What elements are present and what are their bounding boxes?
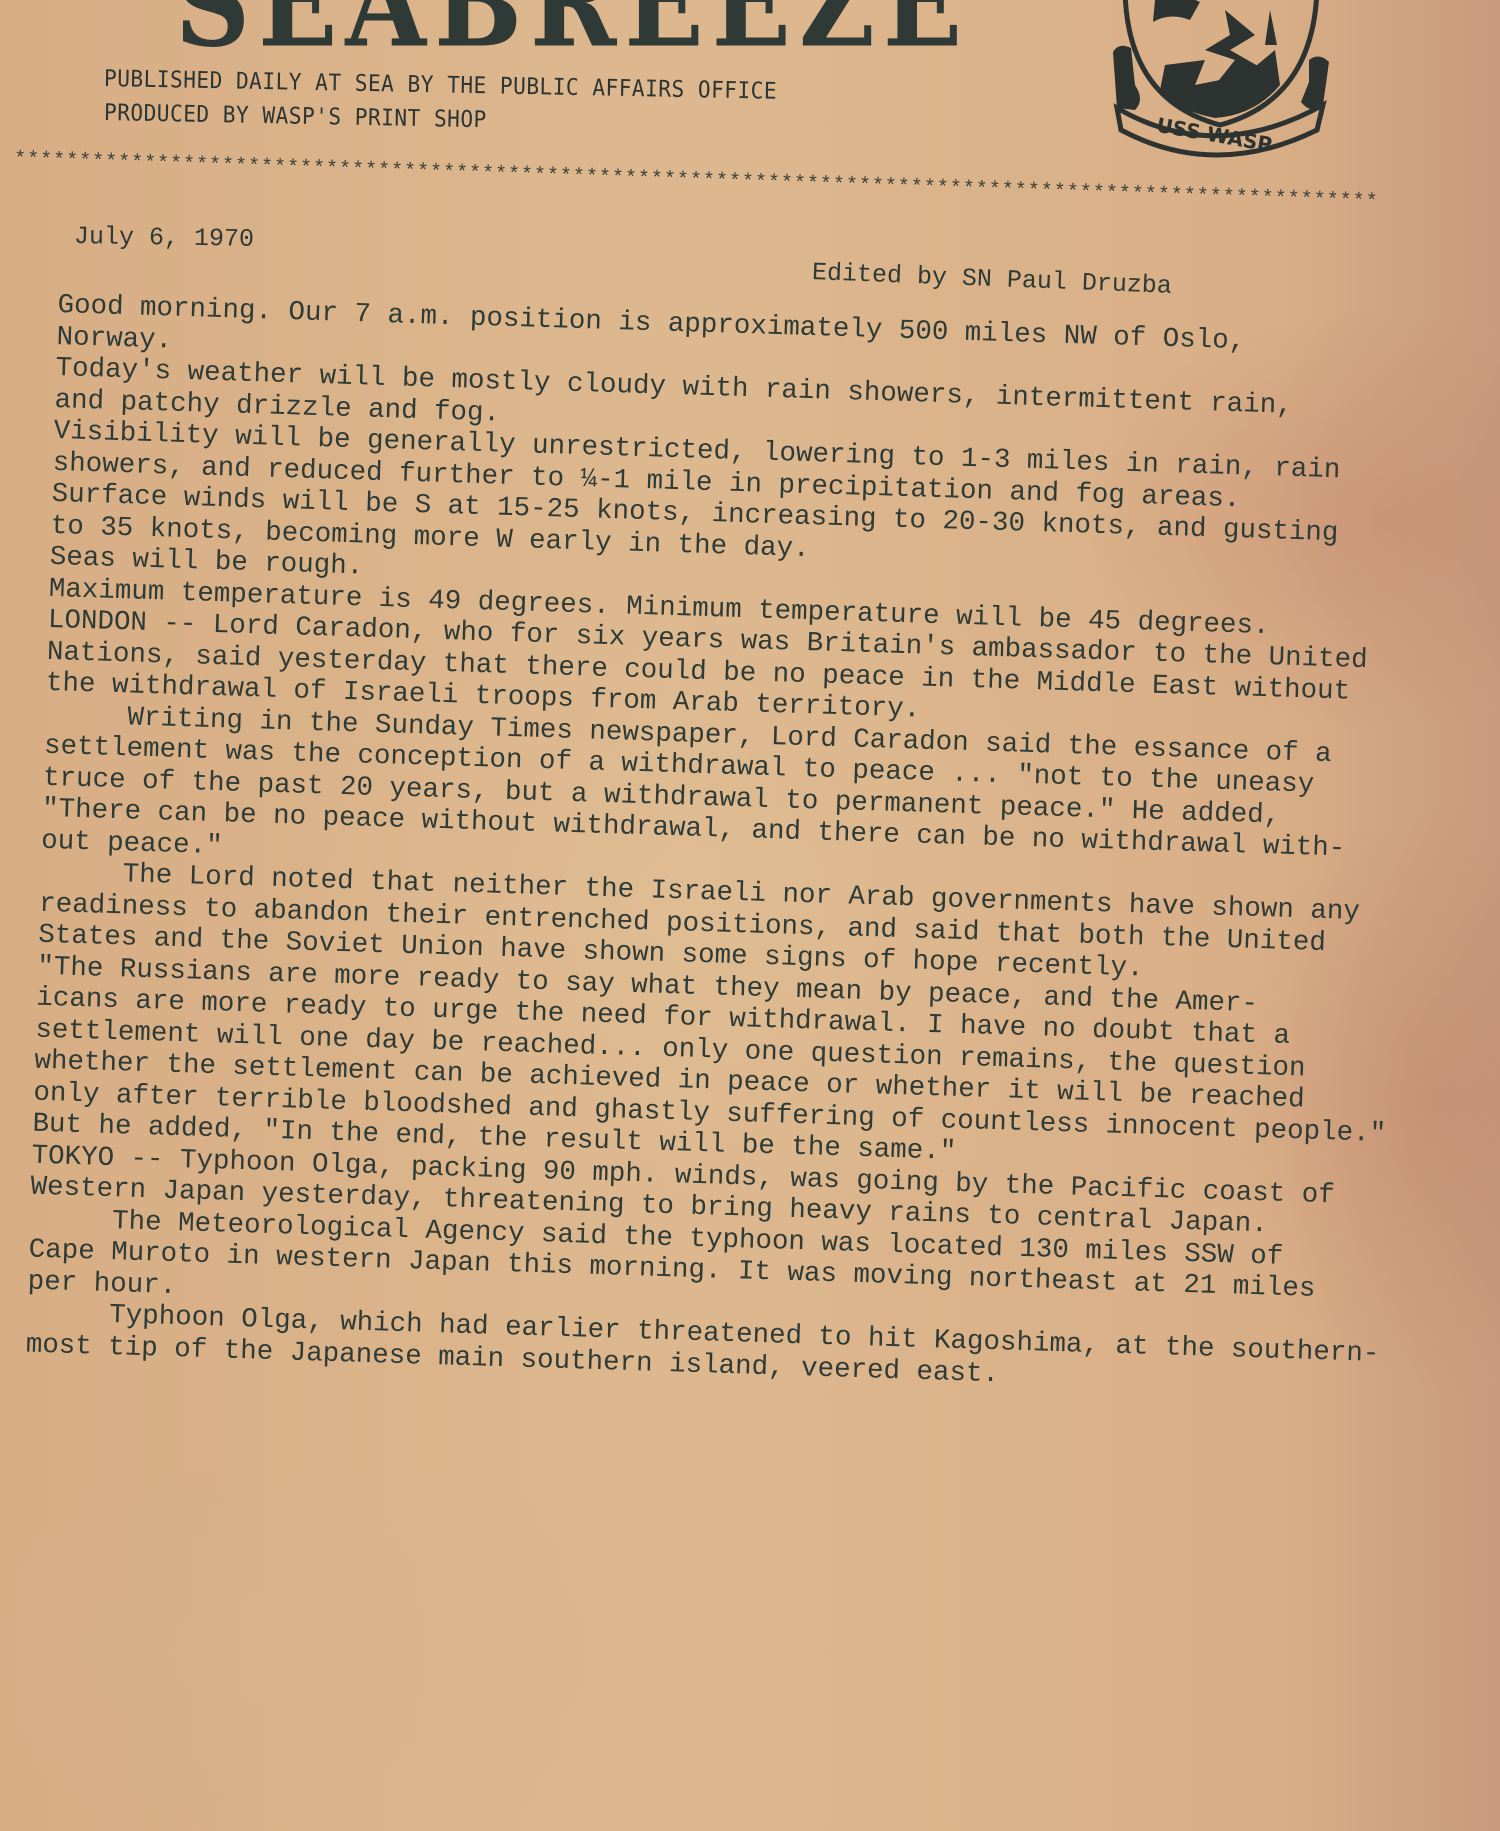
newsletter-page: SEABREEZE PUBLISHED DAILY AT SEA BY THE … (0, 0, 1500, 1831)
issue-date: July 6, 1970 (74, 222, 254, 254)
article-weather: Today's weather will be mostly cloudy wi… (48, 353, 1495, 649)
newsletter-body: Good morning. Our 7 a.m. position is app… (25, 290, 1497, 1404)
editor-credit: Edited by SN Paul Druzba (811, 258, 1172, 301)
article-london: LONDON -- Lord Caradon, who for six year… (32, 605, 1488, 1184)
ship-crest-icon: USS WASP (1105, 0, 1335, 165)
produced-line: PRODUCED BY WASP'S PRINT SHOP (104, 100, 487, 133)
article-tokyo: TOKYO -- Typhoon Olga, packing 90 mph. w… (25, 1140, 1471, 1404)
masthead-title: SEABREEZE (175, 0, 970, 74)
